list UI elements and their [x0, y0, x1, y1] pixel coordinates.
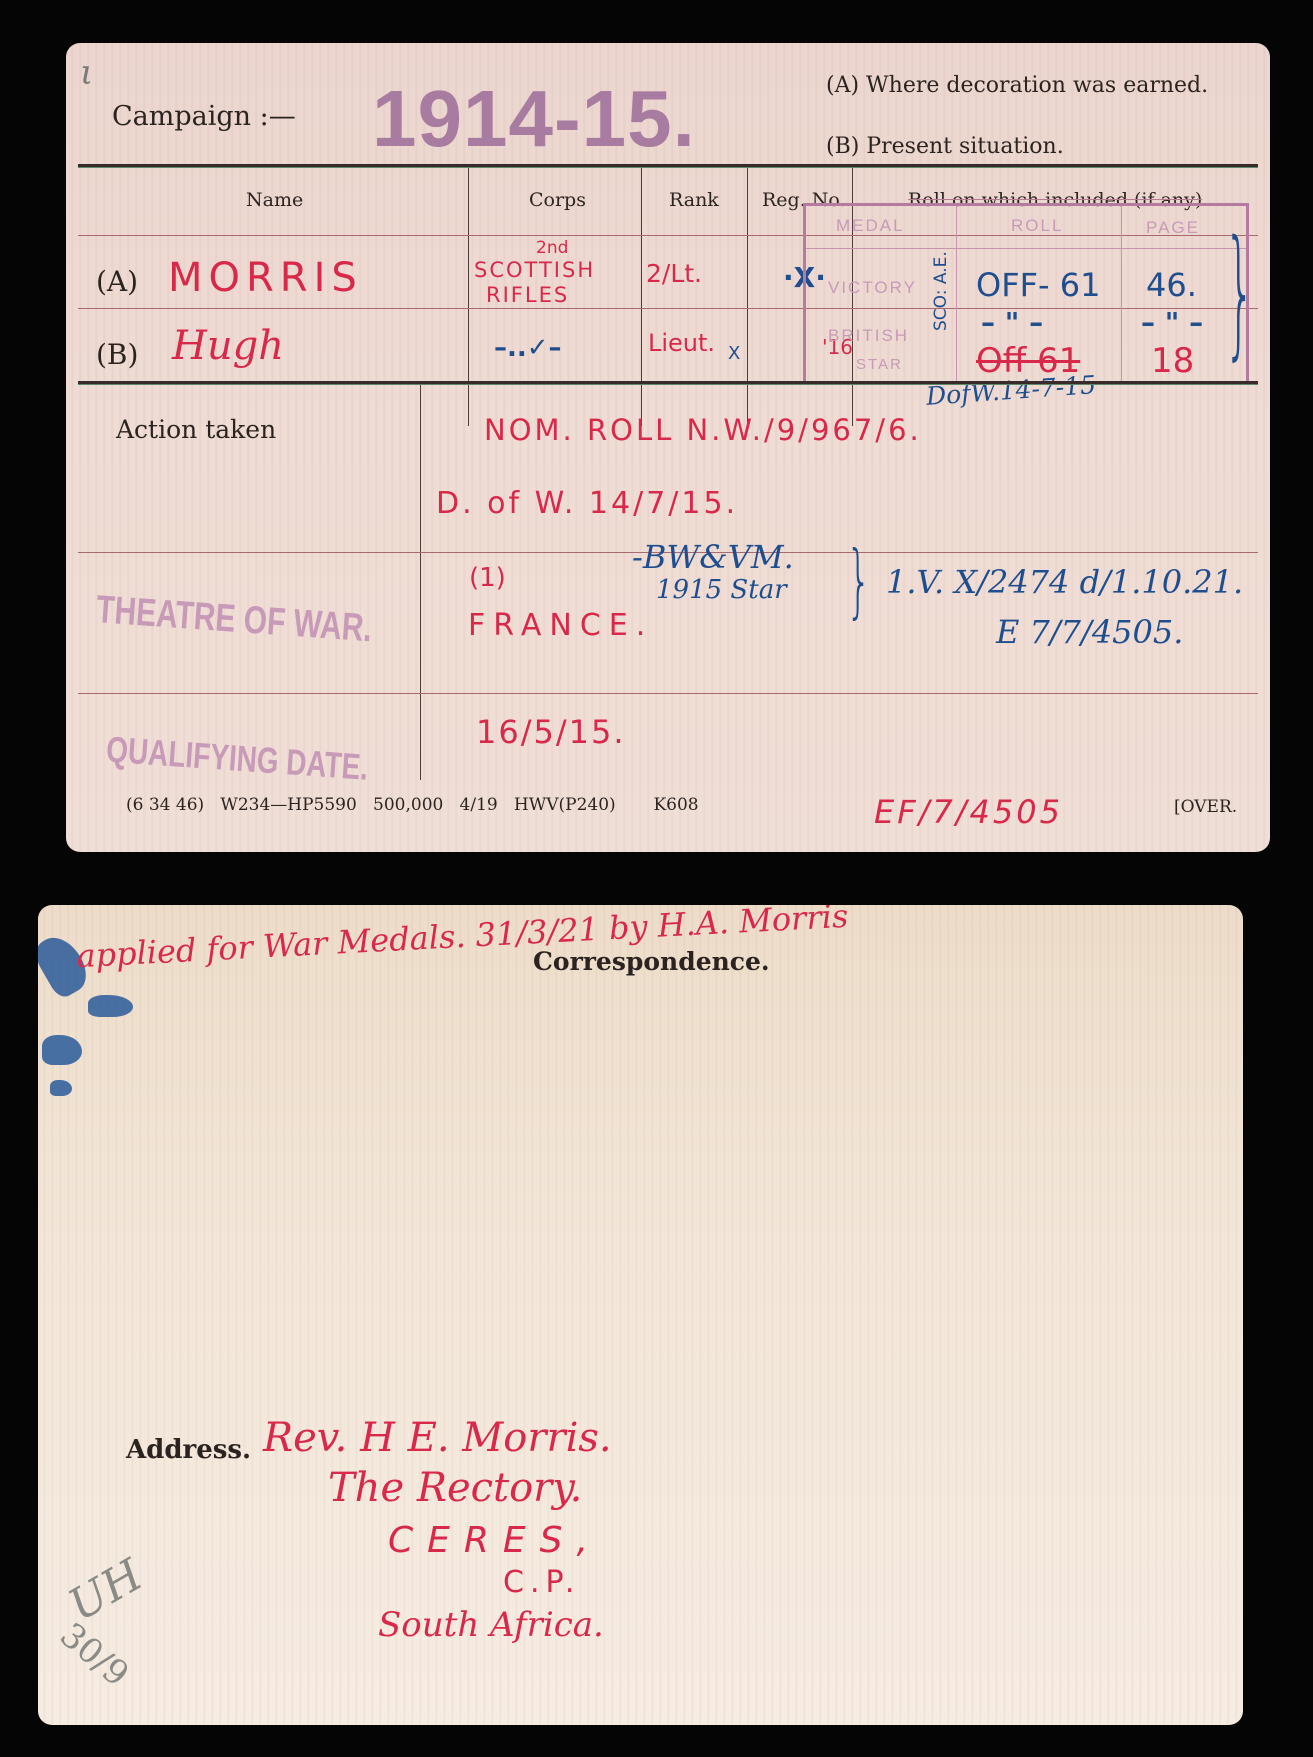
stamp-rule [1121, 206, 1122, 381]
header-rank: Rank [669, 189, 719, 211]
legend-a: (A) Where decoration was earned. [826, 73, 1208, 98]
action-taken-label: Action taken [116, 415, 276, 444]
theatre-of-war-stamp: THEATRE OF WAR. [95, 588, 374, 651]
footer-reference: EF/7/4505 [874, 793, 1063, 831]
roll-victory: OFF- 61 [976, 266, 1100, 304]
address-label: Address. [126, 1435, 251, 1465]
address-line-1: Rev. H E. Morris. [263, 1415, 612, 1461]
address-line-3: CERES, [388, 1520, 602, 1561]
qualifying-date-stamp: QUALIFYING DATE. [105, 729, 370, 789]
row-a-surname: MORRIS [168, 255, 363, 301]
header-name: Name [246, 189, 303, 211]
page-star: 18 [1151, 341, 1194, 381]
address-line-4: C.P. [503, 1565, 580, 1600]
pencil-corner-mark: ι [80, 53, 93, 93]
table-mid-rule [78, 381, 1258, 385]
legend-b: (B) Present situation. [826, 134, 1064, 159]
row-a-marker: (A) [96, 265, 138, 298]
page-victory: 46. [1146, 266, 1197, 304]
stamp-rule [806, 248, 1246, 249]
correspondence-label: Correspondence. [533, 947, 770, 976]
over-label: [OVER. [1174, 797, 1237, 817]
row-b-marker: (B) [96, 338, 138, 371]
medal-roll-stamp: MEDAL ROLL PAGE VICTORY BRITISH STAR SCO… [803, 203, 1249, 384]
address-line-2: The Rectory. [328, 1465, 582, 1511]
row-a-corps-2: SCOTTISH [474, 258, 595, 282]
row-a-rank: 2/Lt. [646, 259, 702, 288]
roll-british: – " – [981, 306, 1043, 339]
row-b-forename: Hugh [172, 323, 284, 369]
row-b-rank-mark: X [728, 343, 740, 364]
col-divider [468, 168, 469, 426]
qualifying-value: 16/5/15. [476, 713, 626, 751]
ink-stain [42, 1035, 82, 1065]
col-divider [641, 168, 642, 426]
row-a-corps-1: 2nd [536, 238, 568, 258]
theatre-prefix: (1) [469, 563, 506, 593]
row-rule [78, 693, 1258, 694]
bracket-icon: } [1224, 223, 1255, 363]
ink-stain [50, 1080, 72, 1096]
col-divider [747, 168, 748, 426]
action-line-1: NOM. ROLL N.W./9/967/6. [484, 413, 922, 447]
theatre-note-1: -BW&VM. [632, 538, 794, 576]
stamp-header-medal: MEDAL [836, 216, 905, 236]
row-b-rank: Lieut. [648, 329, 715, 357]
brace-icon: } [846, 541, 871, 621]
pencil-date: 30/9 [52, 1615, 136, 1695]
action-line-2: D. of W. 14/7/15. [436, 486, 738, 521]
stamp-medal-star: STAR [856, 356, 903, 373]
medal-card-back: applied for War Medals. 31/3/21 by H.A. … [38, 905, 1243, 1725]
page-british: – " – [1141, 306, 1203, 339]
stamp-header-page: PAGE [1146, 218, 1200, 238]
stamp-rule [956, 206, 957, 381]
header-corps: Corps [529, 189, 586, 211]
ink-stain [88, 995, 133, 1017]
theatre-note-2: 1915 Star [656, 575, 787, 605]
stamp-side-note: SCO: A.E. [931, 251, 951, 331]
stamp-medal-victory: VICTORY [828, 278, 917, 298]
theatre-ref-1: 1.V. X/2474 d/1.10.21. [886, 563, 1243, 601]
theatre-value: FRANCE. [468, 608, 653, 643]
address-line-5: South Africa. [378, 1605, 604, 1645]
row-b-corps: –..✓– [494, 333, 562, 363]
table-top-rule [78, 164, 1258, 168]
campaign-stamp: 1914-15. [372, 73, 696, 165]
theatre-ref-2: E 7/7/4505. [996, 613, 1183, 651]
medal-card-front: ι Campaign :— 1914-15. (A) Where decorat… [66, 43, 1270, 852]
row-a-corps-3: RIFLES [486, 283, 569, 307]
stamp-header-roll: ROLL [1011, 216, 1063, 236]
stamp-medal-british: BRITISH [828, 326, 909, 346]
lower-col-divider [420, 385, 421, 780]
form-print-code: (6 34 46) W234—HP5590 500,000 4/19 HWV(P… [126, 795, 699, 815]
campaign-label: Campaign :— [112, 101, 296, 132]
